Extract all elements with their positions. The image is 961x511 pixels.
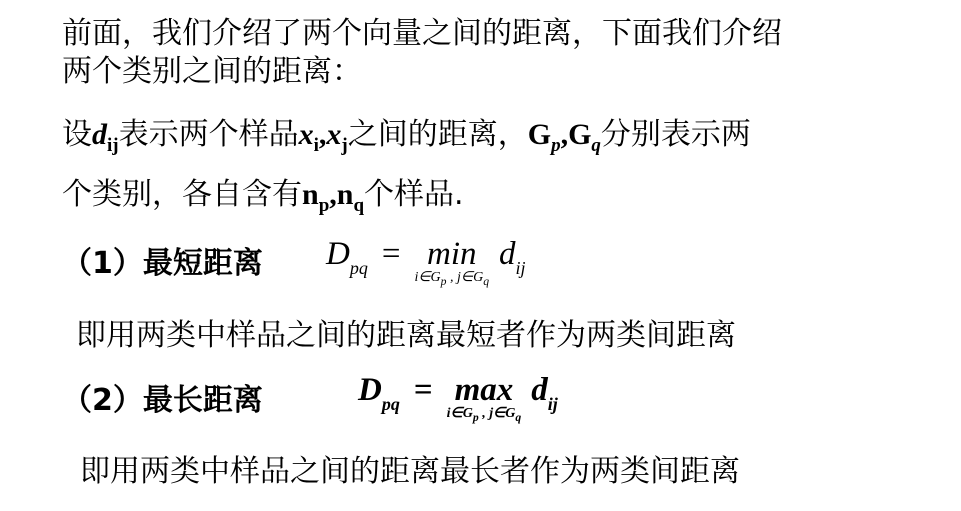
symbol-n: n [337, 178, 354, 211]
comma: , [329, 178, 337, 211]
method-2-description: 即用两类中样品之间的距离最长者作为两类间距离 [80, 455, 740, 489]
method-1-description: 即用两类中样品之间的距离最短者作为两类间距离 [76, 319, 736, 353]
formula-rhs: d [531, 372, 548, 408]
operator-min: min [414, 236, 489, 272]
symbol-d: d [92, 118, 107, 151]
definition-line-2: 个类别，各自含有np,nq个样品. [62, 178, 464, 212]
text: 个样品. [364, 177, 464, 212]
formula-rhs-sub: ij [516, 258, 526, 278]
operator-range: i∈Gp , j∈Gq [447, 406, 522, 426]
definition-line-1: 设dij表示两个样品xi,xj之间的距离，Gp,Gq分别表示两 [62, 118, 751, 152]
operator-range: i∈Gp , j∈Gq [414, 270, 489, 290]
text: 之间的距离， [348, 117, 528, 152]
formula-lhs: D [358, 372, 382, 408]
text: 分别表示两 [601, 117, 751, 152]
formula-operator: mini∈Gp , j∈Gq [414, 236, 489, 290]
text: 个类别，各自含有 [62, 177, 302, 212]
symbol-x: x [299, 118, 314, 151]
intro-line-1: 前面，我们介绍了两个向量之间的距离，下面我们介绍 [62, 17, 782, 51]
method-1-label: （1）最短距离 [62, 247, 263, 281]
text: 表示两个样品 [119, 117, 299, 152]
symbol-G: G [528, 118, 551, 151]
formula-equals: = [414, 372, 433, 408]
text: 设 [62, 117, 92, 152]
range-part: i∈G [447, 406, 473, 421]
formula-lhs-sub: pq [382, 394, 400, 414]
formula-lhs-sub: pq [350, 258, 368, 278]
formula-lhs: D [326, 236, 350, 272]
formula-operator: maxi∈Gp , j∈Gq [447, 372, 522, 426]
formula-equals: = [382, 236, 401, 272]
symbol-G: G [568, 118, 591, 151]
subscript: p [551, 135, 561, 156]
subscript: q [353, 195, 364, 216]
intro-line-2: 两个类别之间的距离： [62, 55, 362, 89]
symbol-n: n [302, 178, 319, 211]
range-sub: q [483, 275, 489, 288]
subscript: q [591, 135, 601, 156]
formula-rhs-sub: ij [548, 394, 558, 414]
range-sub: q [515, 411, 521, 424]
formula-max-distance: Dpq=maxi∈Gp , j∈Gqdij [358, 372, 558, 426]
formula-rhs: d [499, 236, 516, 272]
range-part: i∈G [414, 270, 440, 285]
method-2-label: （2）最长距离 [62, 384, 263, 418]
comma: , [561, 118, 569, 151]
symbol-x: x [326, 118, 341, 151]
subscript: ij [107, 135, 119, 156]
formula-min-distance: Dpq=mini∈Gp , j∈Gqdij [326, 236, 526, 290]
operator-max: max [447, 372, 522, 408]
range-part: , j∈G [479, 406, 516, 421]
subscript: p [319, 195, 330, 216]
range-part: , j∈G [447, 270, 484, 285]
